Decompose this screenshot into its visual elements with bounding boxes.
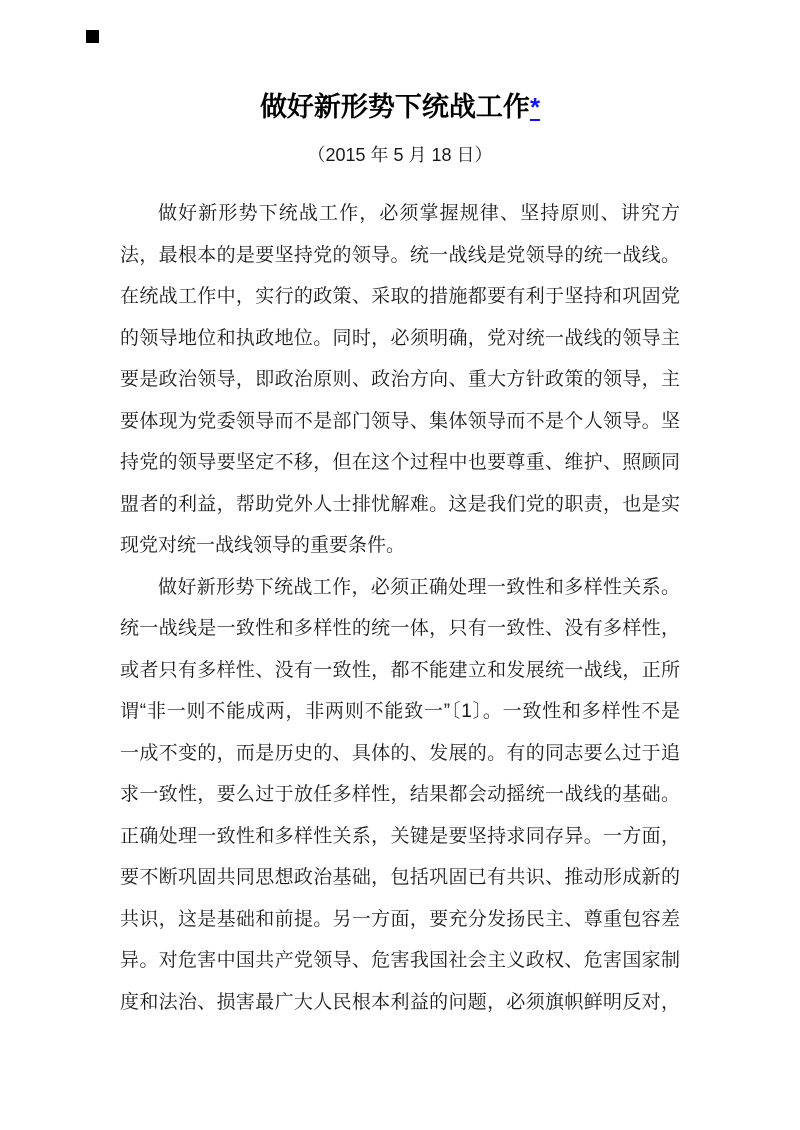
page-title: 做好新形势下统战工作* xyxy=(0,90,800,124)
body-line: 做好新形势下统战工作，必须正确处理一致性和多样性关系。 xyxy=(120,567,680,609)
title-text: 做好新形势下统战工作 xyxy=(260,92,530,122)
body-line: 现党对统一战线领导的重要条件。 xyxy=(120,525,680,567)
body-line: 求一致性，要么过于放任多样性，结果都会动摇统一战线的基础。 xyxy=(120,774,680,816)
document-body: 做好新形势下统战工作，必须掌握规律、坚持原则、讲究方 法，最根本的是要坚持党的领… xyxy=(120,193,680,1023)
body-line: 一成不变的，而是历史的、具体的、发展的。有的同志要么过于追 xyxy=(120,733,680,775)
body-line: 谓“非一则不能成两，非两则不能致一”〔1〕。一致性和多样性不是 xyxy=(120,691,680,733)
body-line: 正确处理一致性和多样性关系，关键是要坚持求同存异。一方面， xyxy=(120,816,680,858)
body-line: 的领导地位和执政地位。同时，必须明确，党对统一战线的领导主 xyxy=(120,318,680,360)
body-line: 要体现为党委领导而不是部门领导、集体领导而不是个人领导。坚 xyxy=(120,401,680,443)
body-line: 共识，这是基础和前提。另一方面，要充分发扬民主、尊重包容差 xyxy=(120,899,680,941)
body-line: 盟者的利益，帮助党外人士排忧解难。这是我们党的职责，也是实 xyxy=(120,484,680,526)
footnote-marker-link[interactable]: * xyxy=(530,92,540,122)
body-line: 或者只有多样性、没有一致性，都不能建立和发展统一战线，正所 xyxy=(120,650,680,692)
body-line: 在统战工作中，实行的政策、采取的措施都要有利于坚持和巩固党 xyxy=(120,276,680,318)
body-line: 异。对危害中国共产党领导、危害我国社会主义政权、危害国家制 xyxy=(120,940,680,982)
page-corner-marker xyxy=(86,30,99,43)
document-date: （2015 年 5 月 18 日） xyxy=(0,140,800,170)
document-page: 做好新形势下统战工作* （2015 年 5 月 18 日） 做好新形势下统战工作… xyxy=(0,0,800,1130)
body-line: 要不断巩固共同思想政治基础，包括巩固已有共识、推动形成新的 xyxy=(120,857,680,899)
body-line: 做好新形势下统战工作，必须掌握规律、坚持原则、讲究方 xyxy=(120,193,680,235)
body-line: 度和法治、损害最广大人民根本利益的问题，必须旗帜鲜明反对， xyxy=(120,982,680,1024)
body-line: 法，最根本的是要坚持党的领导。统一战线是党领导的统一战线。 xyxy=(120,235,680,277)
body-line: 持党的领导要坚定不移，但在这个过程中也要尊重、维护、照顾同 xyxy=(120,442,680,484)
body-line: 统一战线是一致性和多样性的统一体，只有一致性、没有多样性， xyxy=(120,608,680,650)
body-line: 要是政治领导，即政治原则、政治方向、重大方针政策的领导，主 xyxy=(120,359,680,401)
